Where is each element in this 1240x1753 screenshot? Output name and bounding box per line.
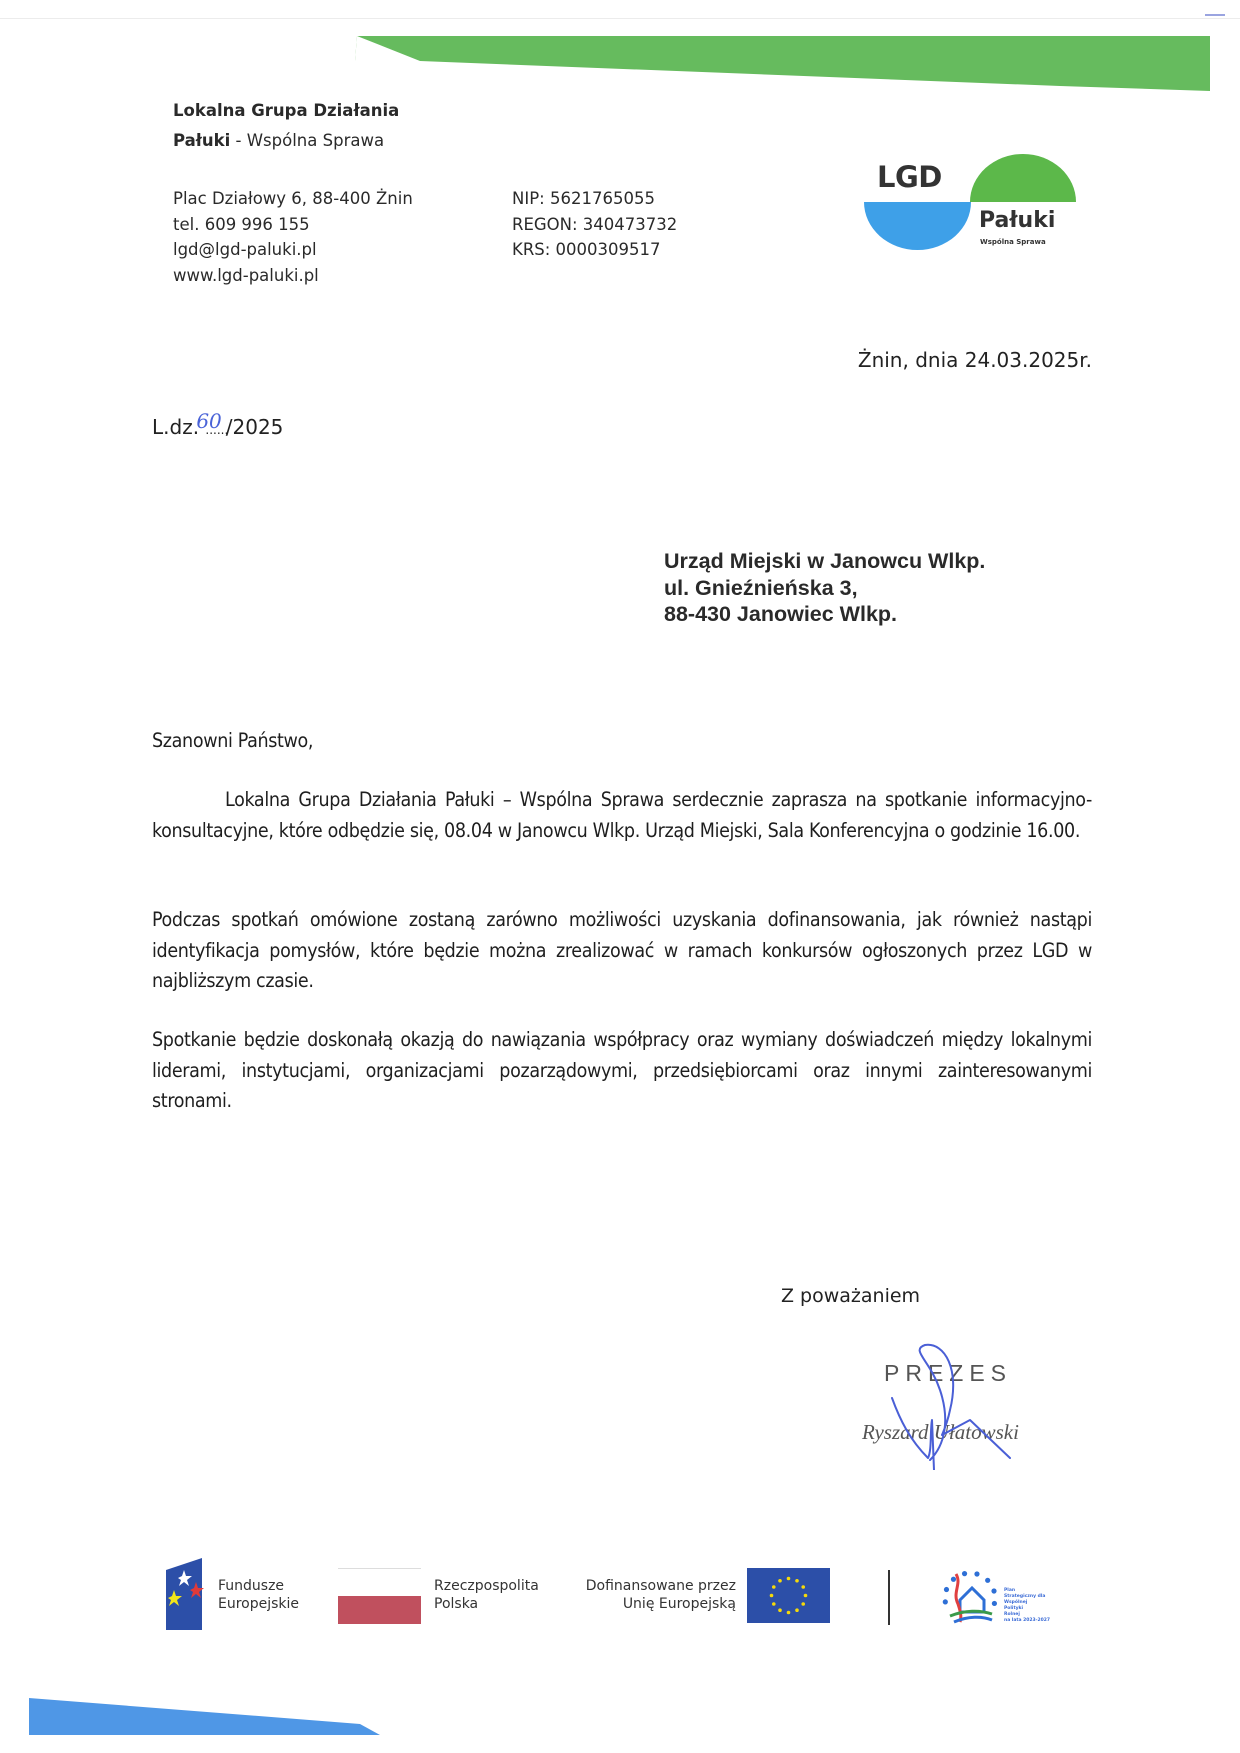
eu-line2: Unię Europejską [568,1595,736,1613]
addressee-city: 88-430 Janowiec Wlkp. [664,601,985,628]
addressee-street: ul. Gnieźnieńska 3, [664,575,985,602]
closing-regards: Z poważaniem [781,1285,920,1307]
fundusze-europejskie-label: Fundusze Europejskie [218,1577,299,1613]
polish-flag-white [338,1568,421,1596]
sender-phone: tel. 609 996 155 [173,212,413,238]
bottom-blue-stripe [0,1660,420,1753]
rp-line1: Rzeczpospolita [434,1577,539,1595]
polish-flag-red [338,1596,421,1624]
logo-blue-semicircle [864,202,971,250]
sender-registration-ids: NIP: 5621765055 REGON: 340473732 KRS: 00… [512,186,677,263]
fe-line2: Europejskie [218,1595,299,1613]
ps-wpr-logo-icon [940,1570,1000,1628]
scan-artifact [1205,14,1225,16]
rp-line2: Polska [434,1595,539,1613]
sender-email[interactable]: lgd@lgd-paluki.pl [173,237,413,263]
bottom-stripe-shape [29,1698,380,1735]
body-paragraph-topics: Podczas spotkań omówione zostaną zarówno… [152,905,1092,997]
eu-line1: Dofinansowane przez [568,1577,736,1595]
footer-divider [888,1570,890,1625]
ps-wpr-label-line: na lata 2023-2027 [1004,1618,1050,1624]
top-green-stripe [0,0,1240,100]
regon-number: REGON: 340473732 [512,212,677,238]
letter-date: Żnin, dnia 24.03.2025r. [858,348,1092,372]
addressee-name: Urząd Miejski w Janowcu Wlkp. [664,548,985,575]
salutation: Szanowni Państwo, [152,726,1092,757]
sender-name: Lokalna Grupa Działania Pałuki - Wspólna… [173,96,399,156]
logo-paluki-text: Pałuki [979,208,1055,233]
logo-green-semicircle [970,154,1076,202]
logo-subtitle: Wspólna Sprawa [980,238,1046,246]
nip-number: NIP: 5621765055 [512,186,677,212]
eu-cofinancing-label: Dofinansowane przez Unię Europejską [568,1577,736,1613]
sender-org-line2: Pałuki - Wspólna Sprawa [173,126,399,156]
sender-website[interactable]: www.lgd-paluki.pl [173,263,413,289]
reference-number: L.dz. ......60/2025 [152,415,307,439]
sender-contact: Plac Działowy 6, 88-400 Żnin tel. 609 99… [173,186,413,288]
sender-org-line1: Lokalna Grupa Działania [173,96,399,126]
sender-address: Plac Działowy 6, 88-400 Żnin [173,186,413,212]
sender-org-bold: Pałuki [173,131,230,150]
addressee-block: Urząd Miejski w Janowcu Wlkp. ul. Gnieźn… [664,548,985,628]
eu-flag-icon [747,1568,830,1623]
fundusze-europejskie-icon [166,1558,206,1630]
body-paragraph-cooperation: Spotkanie będzie doskonałą okazją do naw… [152,1025,1092,1117]
ps-wpr-label: PlanStrategiczny dlaWspólnejPolitykiRoln… [1004,1588,1050,1624]
reference-handwritten-number: 60 [196,409,221,433]
top-stripe-shape [355,36,1210,91]
reference-suffix: /2025 [226,415,284,439]
handwritten-signature [860,1330,1040,1470]
sender-org-rest: - Wspólna Sprawa [230,131,384,150]
body-paragraph-invitation: Lokalna Grupa Działania Pałuki – Wspólna… [152,785,1092,846]
fe-line1: Fundusze [218,1577,299,1595]
logo-lgd-text: LGD [877,160,942,194]
krs-number: KRS: 0000309517 [512,237,677,263]
rzeczpospolita-polska-label: Rzeczpospolita Polska [434,1577,539,1613]
